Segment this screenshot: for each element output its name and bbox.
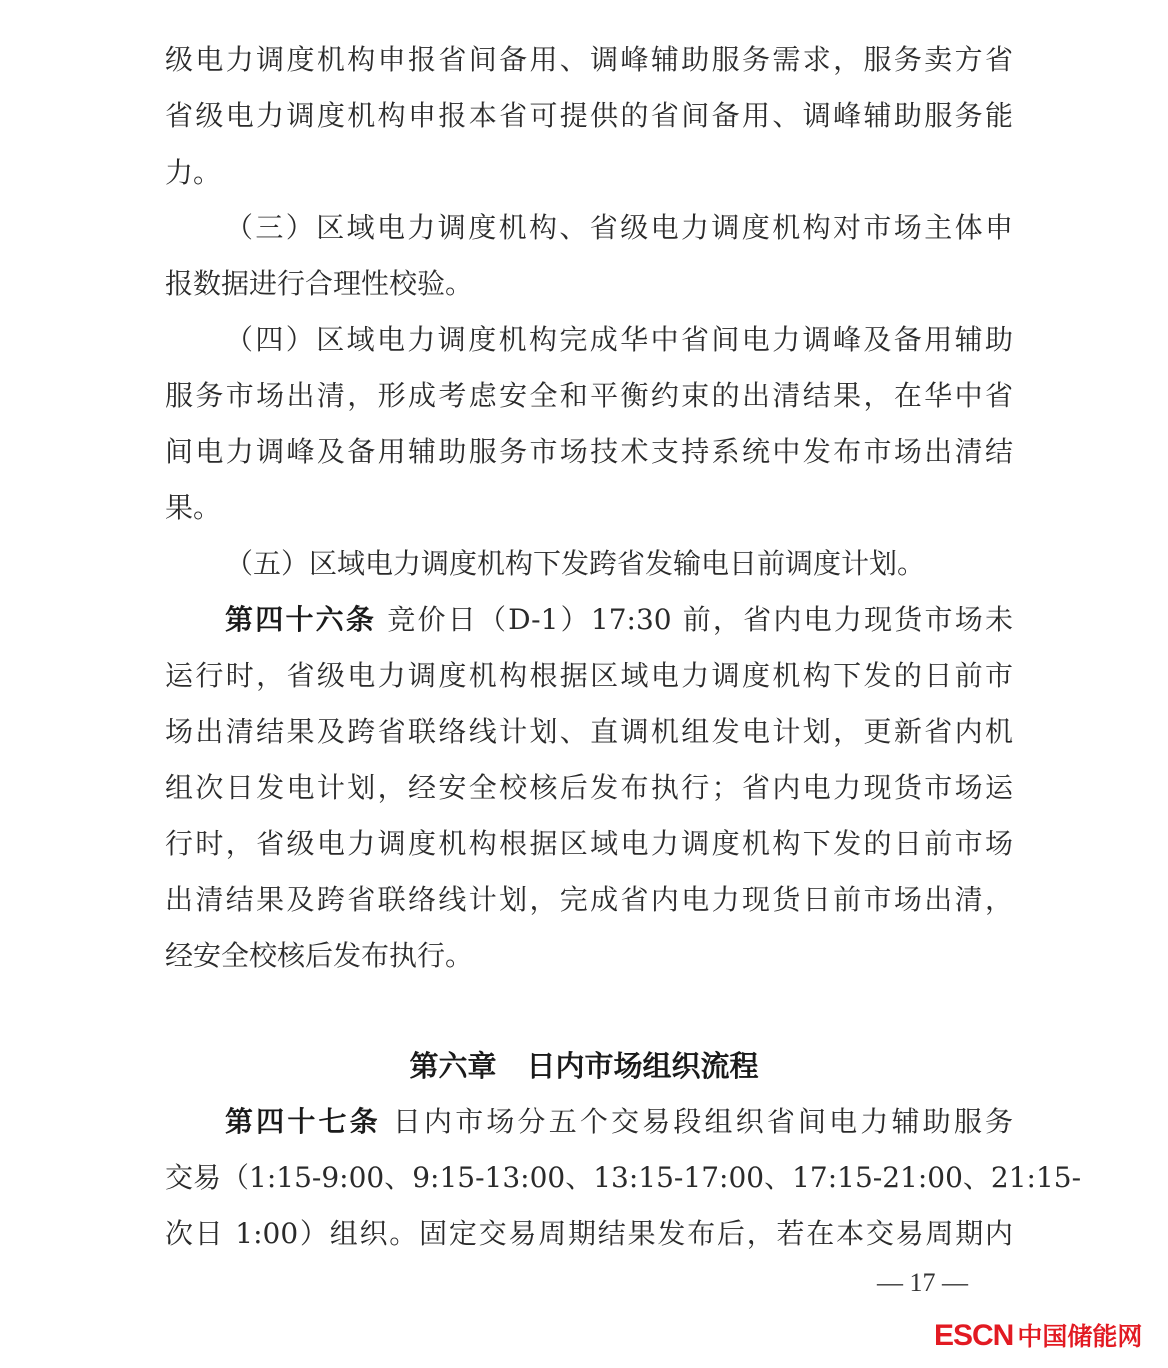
article-46-heading-line: 第四十六条 竞价日（D-1）17:30 前，省内电力现货市场未 <box>225 600 1013 640</box>
text-line: 交易（1:15-9:00、9:15-13:00、13:15-17:00、17:1… <box>165 1158 1013 1198</box>
page-number: — 17 — <box>877 1265 968 1301</box>
clause-4: （四）区域电力调度机构完成华中省间电力调峰及备用辅助 <box>225 320 1013 360</box>
text-line: 出清结果及跨省联络线计划，完成省内电力现货日前市场出清， <box>165 880 1013 920</box>
text-line: 经安全校核后发布执行。 <box>165 936 1013 976</box>
chapter-title: 日内市场组织流程 <box>527 1049 759 1083</box>
text-line: 间电力调峰及备用辅助服务市场技术支持系统中发布市场出清结 <box>165 432 1013 472</box>
text-line: 报数据进行合理性校验。 <box>165 264 1013 304</box>
text-line: 次日 1:00）组织。固定交易周期结果发布后，若在本交易周期内 <box>165 1214 1013 1254</box>
article-47-heading-line: 第四十七条 日内市场分五个交易段组织省间电力辅助服务 <box>225 1102 1013 1142</box>
article-46-text: 竞价日（D-1）17:30 前，省内电力现货市场未 <box>376 603 1013 636</box>
article-47-label: 第四十七条 <box>225 1105 381 1138</box>
article-46-label: 第四十六条 <box>225 603 376 636</box>
article-47-text: 日内市场分五个交易段组织省间电力辅助服务 <box>381 1105 1013 1138</box>
text-line: 运行时，省级电力调度机构根据区域电力调度机构下发的日前市 <box>165 656 1013 696</box>
text-line: 组次日发电计划，经安全校核后发布执行；省内电力现货市场运 <box>165 768 1013 808</box>
clause-3: （三）区域电力调度机构、省级电力调度机构对市场主体申 <box>225 208 1013 248</box>
text-line: 力。 <box>165 153 1013 193</box>
text-line: 场出清结果及跨省联络线计划、直调机组发电计划，更新省内机 <box>165 712 1013 752</box>
text-line: 级电力调度机构申报省间备用、调峰辅助服务需求，服务卖方省 <box>165 40 1013 80</box>
watermark-logo: ESCN中国储能网 <box>934 1318 1142 1354</box>
text-line: 果。 <box>165 488 1013 528</box>
chapter-heading: 第六章日内市场组织流程 <box>0 1044 1168 1088</box>
text-line: 省级电力调度机构申报本省可提供的省间备用、调峰辅助服务能 <box>165 96 1013 136</box>
text-line: 服务市场出清，形成考虑安全和平衡约束的出清结果，在华中省 <box>165 376 1013 416</box>
clause-5: （五）区域电力调度机构下发跨省发输电日前调度计划。 <box>225 544 1013 584</box>
watermark-en: ESCN <box>934 1319 1013 1352</box>
text-line: 行时，省级电力调度机构根据区域电力调度机构下发的日前市场 <box>165 824 1013 864</box>
watermark-cn: 中国储能网 <box>1017 1322 1142 1351</box>
chapter-number: 第六章 <box>409 1049 496 1083</box>
